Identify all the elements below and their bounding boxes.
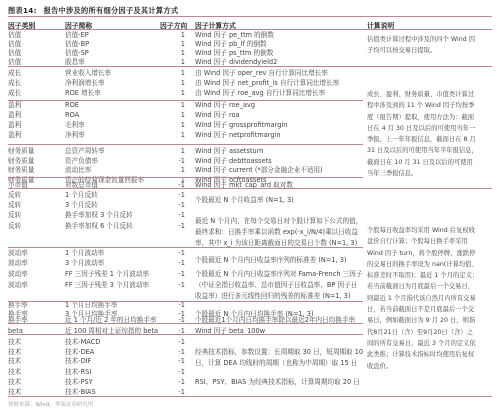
row-method: Wind 因子 netprofitmargin [195, 131, 281, 139]
row-direction: 1 [165, 101, 185, 109]
row-name: 估值-SP [65, 49, 89, 57]
row-category: 估值 [8, 31, 21, 39]
row-direction: -1 [165, 281, 185, 289]
group-rule [8, 323, 363, 324]
row-category: 反转 [8, 222, 21, 230]
row-direction: -1 [165, 388, 185, 396]
figure-number: 图表14: [8, 6, 37, 15]
row-category: 波动率 [8, 249, 28, 257]
row-category: 财务质量 [8, 157, 34, 165]
note-valuation: 估值类计算过程中涉及的四个 Wind 因子均可以按交易日提取。 [367, 34, 479, 57]
row-direction: -1 [165, 191, 185, 199]
row-category: 波动率 [8, 270, 28, 278]
row-direction: 1 [165, 111, 185, 119]
row-name: ROE 增长率 [65, 89, 101, 97]
row-name: 3 个月反转 [65, 201, 98, 209]
row-name: 毛利率 [65, 121, 85, 129]
row-name: FF 三因子残差 3 个月波动率 [65, 281, 149, 289]
method-tech-macd-2: 日，计算 DEA 均线时的周期（也称为中周期）取 15 日 [195, 359, 357, 367]
method-vol-ff-3: 收益率）进行多元线性回归的残差的标准差 (N=1, 3) [195, 292, 351, 300]
row-category: 财务质量 [8, 166, 34, 174]
row-category: 盈利 [8, 111, 21, 119]
row-direction: -1 [165, 378, 185, 386]
row-direction: 1 [165, 89, 185, 97]
row-direction: -1 [165, 259, 185, 267]
row-method: Wind 因子 assetsturn [195, 147, 263, 155]
row-direction: -1 [165, 270, 185, 278]
row-method: Wind 因子 debttoassets [195, 157, 272, 165]
table-bottom-rule [8, 396, 492, 397]
row-name: FF 三因子残差 1 个月波动率 [65, 270, 149, 278]
row-name: 1 个月波动率 [65, 249, 104, 257]
row-direction: 1 [165, 58, 185, 66]
row-category: 盈利 [8, 101, 21, 109]
row-method: Wind 因子 ps_ttm 的倒数 [195, 49, 273, 57]
row-direction: -1 [165, 249, 185, 257]
group-rule [8, 66, 492, 67]
row-category: 技术 [8, 348, 21, 356]
row-direction: 1 [165, 49, 185, 57]
row-name: 技术-BIAS [65, 388, 96, 396]
group-rule [8, 100, 363, 101]
group-rule [8, 334, 363, 335]
row-category: 技术 [8, 378, 21, 386]
row-category: 估值 [8, 49, 21, 57]
row-category: 盈利 [8, 121, 21, 129]
row-name: 技术-DIF [65, 357, 91, 365]
row-direction: 1 [165, 40, 185, 48]
row-category: 成长 [8, 79, 21, 87]
row-name: 技术-RSI [65, 368, 91, 376]
row-direction: -1 [165, 357, 185, 365]
row-direction: -1 [165, 201, 185, 209]
row-direction: 1 [165, 31, 185, 39]
row-direction: 1 [165, 79, 185, 87]
row-name: 资产负债率 [65, 157, 98, 165]
row-category: 估值 [8, 40, 21, 48]
row-category: 换手率 [8, 301, 28, 309]
row-name: 净利率 [65, 131, 85, 139]
row-name: 估值-EP [65, 31, 89, 39]
row-category: 技术 [8, 368, 21, 376]
row-category: 盈利 [8, 131, 21, 139]
row-name: 技术-PSY [65, 378, 93, 386]
figure-title: 图表14: 报告中涉及的所有细分因子及其计算方式 [8, 6, 178, 16]
group-rule [8, 301, 363, 302]
row-direction: 1 [165, 121, 185, 129]
group-rule [8, 144, 363, 145]
row-name: ROA [65, 111, 79, 119]
row-category: 成长 [8, 69, 21, 77]
row-direction: -1 [165, 157, 185, 165]
row-method: 由 Wind 因子 roe_avg 自行计算同比增长率 [195, 89, 325, 97]
row-category: 技术 [8, 357, 21, 365]
method-reversal-weighted-2: 最终求和：日换手率乘以函数 exp(-x_i/N/4)乘以日收益 [195, 228, 358, 236]
method-turnover: 个股最近 N 个月内日均换手率 (N=1, 3) [195, 310, 314, 318]
row-name: 流动比率 [65, 166, 91, 174]
row-direction: 1 [165, 147, 185, 155]
row-category: 估值 [8, 58, 21, 66]
row-method: Wind 因子 grossprofitmargin [195, 121, 287, 129]
method-vol-ff-2: （中证全指日收益率、总市值因子日收益率、BP 因子日 [195, 281, 357, 289]
row-method: Wind 因子 pb_lf 的倒数 [195, 40, 267, 48]
row-category: 反转 [8, 201, 21, 209]
row-name: 换手率加权 3 个月反转 [65, 211, 133, 219]
row-name: 股息率 [65, 58, 85, 66]
group-rule [8, 247, 363, 248]
row-category: 技术 [8, 388, 21, 396]
source-note: 资料来源：Wind，华泰证券研究所 [8, 400, 93, 408]
method-vol-ff-1: 个股最近 N 个月内日收益率序列对 Fama-French 三因子 [195, 270, 362, 278]
row-name: 估值-BP [65, 40, 89, 48]
method-reversal-weighted-1: 最近 N 个月内，在每个交易日对个股计算如下公式的值， [195, 217, 362, 225]
row-name: 1 个月反转 [65, 191, 98, 199]
row-category: 波动率 [8, 281, 28, 289]
row-category: 反转 [8, 191, 21, 199]
row-category: 波动率 [8, 259, 28, 267]
row-direction: -1 [165, 211, 185, 219]
row-method: 由 Wind 因子 oper_rev 自行计算同比增长率 [195, 69, 328, 77]
row-name: 技术-MACD [65, 338, 100, 346]
row-name: 技术-DEA [65, 348, 94, 356]
row-method: Wind 因子 roe_avg [195, 101, 255, 109]
row-category: 反转 [8, 211, 21, 219]
group-rule [8, 177, 363, 178]
row-name: 净利润增长率 [65, 79, 105, 87]
row-name: 3 个月波动率 [65, 259, 104, 267]
row-direction: -1 [165, 222, 185, 230]
row-name: ROE [65, 101, 79, 109]
group-rule [8, 188, 492, 189]
row-name: 营业收入增长率 [65, 69, 111, 77]
row-direction: -1 [165, 301, 185, 309]
row-name: 总资产周转率 [65, 147, 105, 155]
method-tech-macd-1: 经典技术指标，参数设置：长周期取 30 日，短周期取 10 [195, 348, 363, 356]
note-fundamental: 成长、盈利、财务质量、市值类计算过程中涉及到的 11 个 Wind 因子均按季度… [367, 89, 479, 179]
figure-caption: 报告中涉及的所有细分因子及其计算方式 [44, 6, 179, 15]
row-category: 财务质量 [8, 147, 34, 155]
row-method: Wind 因子 current (*部分金融企业不适用) [195, 166, 323, 174]
row-category: 技术 [8, 338, 21, 346]
row-method: Wind 因子 pe_ttm 的倒数 [195, 31, 274, 39]
method-reversal-period: 个股最近 N 个月收益率 (N=1, 3) [195, 196, 294, 204]
row-method: Wind 因子 roa [195, 111, 240, 119]
row-method: Wind 因子 dividendyield2 [195, 58, 277, 66]
row-method: 由 Wind 因子 net_profit_is 自行计算同比增长率 [195, 79, 339, 87]
row-name: 换手率加权 6 个月反转 [65, 222, 133, 230]
row-name: 1 个月日均换手率 [65, 301, 117, 309]
method-vol-std: 个股最近 N 个月内日收益率序列的标准差 (N=1, 3) [195, 256, 347, 264]
row-category: 成长 [8, 89, 21, 97]
row-direction: -1 [165, 348, 185, 356]
method-reversal-weighted-3: 率，其中 x_i 为该日距离截面日的交易日个数 (N=1, 3) [195, 239, 357, 247]
row-direction: 1 [165, 131, 185, 139]
row-direction: 1 [165, 69, 185, 77]
row-direction: -1 [165, 338, 185, 346]
note-price: 个股每日收益率均采用 Wind 后复权收盘价自行计算；个股每日换手率采用 Win… [367, 225, 479, 372]
row-direction: 1 [165, 166, 185, 174]
row-method: RSI、PSY、BIAS 为经典技术指标，计算周期均取 20 日 [195, 378, 360, 386]
header-rule [8, 29, 492, 30]
table-top-rule [8, 16, 492, 17]
row-direction: -1 [165, 368, 185, 376]
